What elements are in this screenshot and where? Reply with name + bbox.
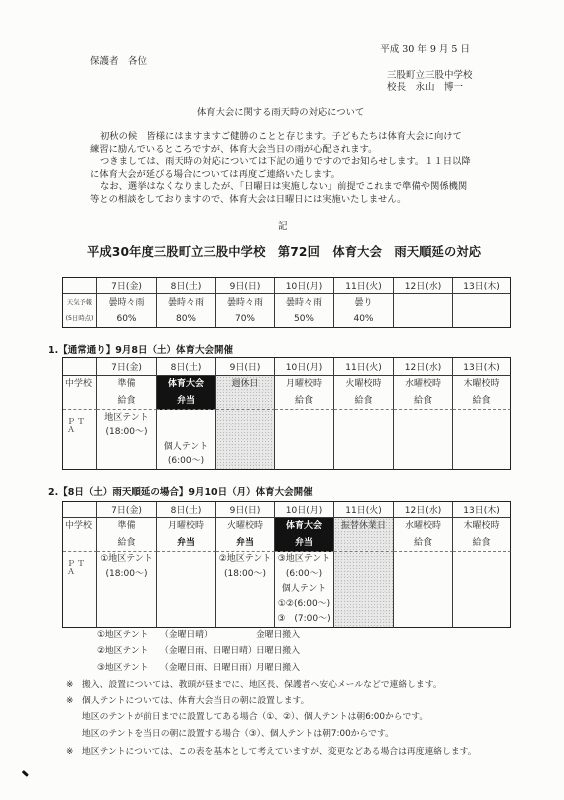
forecast-rain-chance: 80% bbox=[157, 311, 215, 327]
school-lunch: 給食 bbox=[97, 393, 156, 410]
forecast-cell: 曇時々雨80% bbox=[157, 294, 216, 328]
plan1-school-row: 中学校 準備給食 体育大会弁当 週休日 月曜校時給食 火曜校時給食 水曜校時給食… bbox=[63, 376, 511, 410]
body-line: つきましては、雨天時の対応については下記の通りですのでお知らせします。１１日以降 bbox=[90, 156, 471, 169]
weather-forecast-table: 7日(金) 8日(土) 9日(日) 10日(月) 11日(火) 12日(水) 1… bbox=[62, 277, 511, 328]
row-label-pta: ＰＴＡ bbox=[63, 410, 97, 470]
sender-school: 三股町立三股中学校 bbox=[387, 71, 473, 81]
forecast-cell: 曇時々雨70% bbox=[216, 294, 275, 328]
pta-cell: ②地区テント(18:00～) bbox=[216, 552, 275, 628]
day-header: 12日(水) bbox=[394, 358, 453, 376]
pta-cell bbox=[453, 552, 511, 628]
school-lunch: 弁当 bbox=[216, 535, 274, 552]
school-lunch: 給食 bbox=[97, 535, 156, 552]
pta-task: 地区テント bbox=[97, 411, 156, 425]
note-mark: ※ bbox=[66, 748, 73, 757]
schedule-main-title: 平成30年度三股町立三股中学校 第72回 体育大会 雨天順延の対応 bbox=[87, 246, 481, 258]
body-line: なお、選挙はなくなりましたが、「日曜日は実施しない」前提でこれまで準備や関係機関 bbox=[90, 181, 471, 194]
school-lunch: 弁当 bbox=[157, 535, 215, 552]
note-mark: ※ bbox=[66, 697, 73, 706]
weather-forecast-row: 天気予報 (5日時点) 曇時々雨60% 曇時々雨80% 曇時々雨70% 曇時々雨… bbox=[63, 294, 511, 328]
pta-cell bbox=[157, 552, 216, 628]
school-cell: 水曜校時給食 bbox=[394, 376, 453, 410]
school-activity: 週休日 bbox=[216, 376, 274, 393]
forecast-weather: 曇時々雨 bbox=[157, 295, 215, 311]
plan1-table: 7日(金) 8日(土) 9日(日) 10日(月) 11日(火) 12日(水) 1… bbox=[62, 357, 511, 470]
day-header: 7日(金) bbox=[97, 358, 157, 376]
school-lunch: 給食 bbox=[394, 393, 452, 410]
day-header: 7日(金) bbox=[97, 278, 157, 294]
pta-time: (6:00～) bbox=[157, 454, 215, 468]
row-label-text: 中学校 bbox=[65, 518, 96, 535]
pta-cell bbox=[334, 410, 394, 470]
school-cell: 火曜校時弁当 bbox=[216, 518, 275, 552]
row-label-school: 中学校 bbox=[63, 518, 97, 552]
day-header: 8日(土) bbox=[157, 502, 216, 518]
pta-time: ③ (7:00～) bbox=[275, 612, 333, 627]
forecast-weather: 曇時々雨 bbox=[216, 295, 274, 311]
note-text: 地区のテントが前日までに設置してある場合（①、②）、個人テントは朝6:00からで… bbox=[82, 713, 428, 722]
school-activity: 体育大会 bbox=[157, 376, 215, 393]
forecast-weather: 曇り bbox=[334, 295, 393, 311]
tent-condition: （金曜日晴） bbox=[160, 631, 213, 640]
school-lunch: 弁当 bbox=[275, 535, 333, 552]
plan2-title: 2.【8日（土）雨天順延の場合】9月10日（月）体育大会開催 bbox=[48, 488, 313, 498]
pta-time: ①②(6:00～) bbox=[275, 597, 333, 612]
note-text: 地区テントについては、この表を基本として考えていますが、変更などある場合は再度連… bbox=[82, 748, 477, 757]
school-activity: 木曜校時 bbox=[453, 518, 510, 535]
forecast-cell bbox=[453, 294, 511, 328]
forecast-weather: 曇時々雨 bbox=[275, 295, 333, 311]
school-lunch: 給食 bbox=[394, 535, 452, 552]
school-activity: 振替休業日 bbox=[334, 518, 393, 535]
day-header: 11日(火) bbox=[334, 358, 394, 376]
tent-label: ③地区テント bbox=[97, 664, 148, 673]
note-text: 個人テントについては、体育大会当日の朝に設置します。 bbox=[82, 697, 309, 706]
school-cell: 月曜校時給食 bbox=[275, 376, 334, 410]
pta-cell bbox=[394, 552, 453, 628]
body-line: 練習に励んでいるところですが、体育大会当日の雨が心配されます。 bbox=[90, 144, 471, 157]
pta-task: 個人テント bbox=[275, 582, 333, 597]
school-activity: 月曜校時 bbox=[275, 376, 333, 393]
plan2-pta-row: ＰＴＡ ①地区テント(18:00～) ②地区テント(18:00～) ③地区テント… bbox=[63, 552, 511, 628]
letter-body: 初秋の候 皆様にはますますご健勝のことと存じます。子どもたちは体育大会に向けて … bbox=[90, 131, 471, 207]
pta-cell: 地区テント(18:00～) bbox=[97, 410, 157, 470]
forecast-label-date: (5日時点) bbox=[63, 311, 96, 327]
day-header: 13日(木) bbox=[453, 358, 511, 376]
note-text: 搬入、設置については、教頭が昼までに、地区長、保護者へ安心メールなどで連絡します… bbox=[82, 681, 442, 690]
day-header: 11日(火) bbox=[334, 278, 394, 294]
day-header: 13日(木) bbox=[453, 502, 511, 518]
pta-task: ①地区テント bbox=[97, 552, 156, 567]
tent-condition: （金曜日雨、日曜日晴） bbox=[160, 647, 257, 656]
forecast-rain-chance: 40% bbox=[334, 311, 393, 327]
school-activity: 水曜校時 bbox=[394, 376, 452, 393]
pta-task: ③地区テント bbox=[275, 552, 333, 567]
school-activity: 月曜校時 bbox=[157, 518, 215, 535]
school-activity: 水曜校時 bbox=[394, 518, 452, 535]
plan1-header-row: 7日(金) 8日(土) 9日(日) 10日(月) 11日(火) 12日(水) 1… bbox=[63, 358, 511, 376]
holiday-cell bbox=[334, 552, 394, 628]
forecast-label: 天気予報 bbox=[63, 295, 96, 311]
tent-delivery: 金曜日搬入 bbox=[256, 631, 300, 640]
school-cell: 水曜校時給食 bbox=[394, 518, 453, 552]
school-cell: 準備給食 bbox=[97, 518, 157, 552]
note-text: 地区のテントを当日の朝に設置する場合（③）、個人テントは朝7:00からです。 bbox=[82, 730, 394, 739]
school-cell: 木曜校時給食 bbox=[453, 376, 511, 410]
tent-delivery: 月曜日搬入 bbox=[256, 664, 300, 673]
school-lunch: 給食 bbox=[334, 393, 393, 410]
tent-condition: （金曜日雨、日曜日雨） bbox=[160, 664, 257, 673]
school-activity: 準備 bbox=[97, 518, 156, 535]
day-header: 9日(日) bbox=[216, 278, 275, 294]
tent-delivery: 日曜日搬入 bbox=[256, 647, 300, 656]
event-day-cell: 体育大会弁当 bbox=[157, 376, 216, 410]
forecast-label-cell: 天気予報 (5日時点) bbox=[63, 294, 97, 328]
pta-cell: ③地区テント (6:00～) 個人テント ①②(6:00～) ③ (7:00～) bbox=[275, 552, 334, 628]
letter-date: 平成 30 年 9 月 5 日 bbox=[380, 45, 470, 55]
day-header: 9日(日) bbox=[216, 502, 275, 518]
pta-time: (18:00～) bbox=[97, 425, 156, 439]
day-header: 7日(金) bbox=[97, 502, 157, 518]
school-lunch: 弁当 bbox=[157, 393, 215, 410]
day-header: 12日(水) bbox=[394, 278, 453, 294]
tent-label: ②地区テント bbox=[97, 647, 148, 656]
school-cell: 火曜校時給食 bbox=[334, 376, 394, 410]
sender-principal: 校長 永山 博一 bbox=[387, 83, 463, 93]
school-cell: 月曜校時弁当 bbox=[157, 518, 216, 552]
pta-task: 個人テント bbox=[157, 440, 215, 454]
body-line: 等との相談をしておりますので、体育大会は日曜日には実施いたしません。 bbox=[90, 194, 471, 207]
pta-time: (18:00～) bbox=[97, 567, 156, 582]
letter-title: 体育大会に関する雨天時の対応について bbox=[197, 108, 364, 117]
row-label-text: 中学校 bbox=[65, 376, 96, 393]
forecast-rain-chance: 60% bbox=[97, 311, 156, 327]
day-header: 13日(木) bbox=[453, 278, 511, 294]
ki-heading: 記 bbox=[278, 222, 288, 232]
weather-header-row: 7日(金) 8日(土) 9日(日) 10日(月) 11日(火) 12日(水) 1… bbox=[63, 278, 511, 294]
school-lunch: 給食 bbox=[275, 393, 333, 410]
row-label-pta: ＰＴＡ bbox=[63, 552, 97, 628]
pta-cell bbox=[275, 410, 334, 470]
pta-cell bbox=[394, 410, 453, 470]
school-cell: 木曜校時給食 bbox=[453, 518, 511, 552]
body-line: 初秋の候 皆様にはますますご健勝のことと存じます。子どもたちは体育大会に向けて bbox=[90, 131, 471, 144]
tent-label: ①地区テント bbox=[97, 631, 148, 640]
plan1-title: 1.【通常通り】9月8日（土）体育大会開催 bbox=[48, 346, 233, 356]
school-activity: 木曜校時 bbox=[453, 376, 510, 393]
body-line: に体育大会が延びる場合については再度ご連絡いたします。 bbox=[90, 169, 471, 182]
pta-task: ②地区テント bbox=[216, 552, 274, 567]
holiday-cell: 振替休業日 bbox=[334, 518, 394, 552]
school-lunch: 給食 bbox=[453, 393, 510, 410]
corner-cell bbox=[63, 502, 97, 518]
day-header: 12日(水) bbox=[394, 502, 453, 518]
plan2-school-row: 中学校 準備給食 月曜校時弁当 火曜校時弁当 体育大会弁当 振替休業日 水曜校時… bbox=[63, 518, 511, 552]
forecast-cell bbox=[394, 294, 453, 328]
day-header: 8日(土) bbox=[157, 278, 216, 294]
forecast-weather: 曇時々雨 bbox=[97, 295, 156, 311]
day-header: 10日(月) bbox=[275, 502, 334, 518]
day-header: 8日(土) bbox=[157, 358, 216, 376]
pta-cell bbox=[453, 410, 511, 470]
pta-time: (6:00～) bbox=[275, 567, 333, 582]
holiday-cell: 週休日 bbox=[216, 376, 275, 410]
day-header: 10日(月) bbox=[275, 278, 334, 294]
row-label-school: 中学校 bbox=[63, 376, 97, 410]
day-header: 10日(月) bbox=[275, 358, 334, 376]
plan2-table: 7日(金) 8日(土) 9日(日) 10日(月) 11日(火) 12日(水) 1… bbox=[62, 501, 511, 628]
forecast-cell: 曇時々雨60% bbox=[97, 294, 157, 328]
event-day-cell: 体育大会弁当 bbox=[275, 518, 334, 552]
forecast-cell: 曇時々雨50% bbox=[275, 294, 334, 328]
recipient: 保護者 各位 bbox=[90, 57, 147, 67]
forecast-rain-chance: 70% bbox=[216, 311, 274, 327]
plan2-header-row: 7日(金) 8日(土) 9日(日) 10日(月) 11日(火) 12日(水) 1… bbox=[63, 502, 511, 518]
holiday-cell bbox=[216, 410, 275, 470]
school-cell: 準備給食 bbox=[97, 376, 157, 410]
note-mark: ※ bbox=[66, 681, 73, 690]
pta-cell: ①地区テント(18:00～) bbox=[97, 552, 157, 628]
corner-cell bbox=[63, 278, 97, 294]
forecast-cell: 曇り40% bbox=[334, 294, 394, 328]
school-activity: 火曜校時 bbox=[216, 518, 274, 535]
forecast-rain-chance: 50% bbox=[275, 311, 333, 327]
pta-cell: 個人テント(6:00～) bbox=[157, 410, 216, 470]
day-header: 11日(火) bbox=[334, 502, 394, 518]
corner-cell bbox=[63, 358, 97, 376]
scan-speck bbox=[22, 770, 29, 777]
pta-time: (18:00～) bbox=[216, 567, 274, 582]
day-header: 9日(日) bbox=[216, 358, 275, 376]
school-lunch: 給食 bbox=[453, 535, 510, 552]
school-activity: 準備 bbox=[97, 376, 156, 393]
school-activity: 体育大会 bbox=[275, 518, 333, 535]
plan1-pta-row: ＰＴＡ 地区テント(18:00～) 個人テント(6:00～) bbox=[63, 410, 511, 470]
school-activity: 火曜校時 bbox=[334, 376, 393, 393]
